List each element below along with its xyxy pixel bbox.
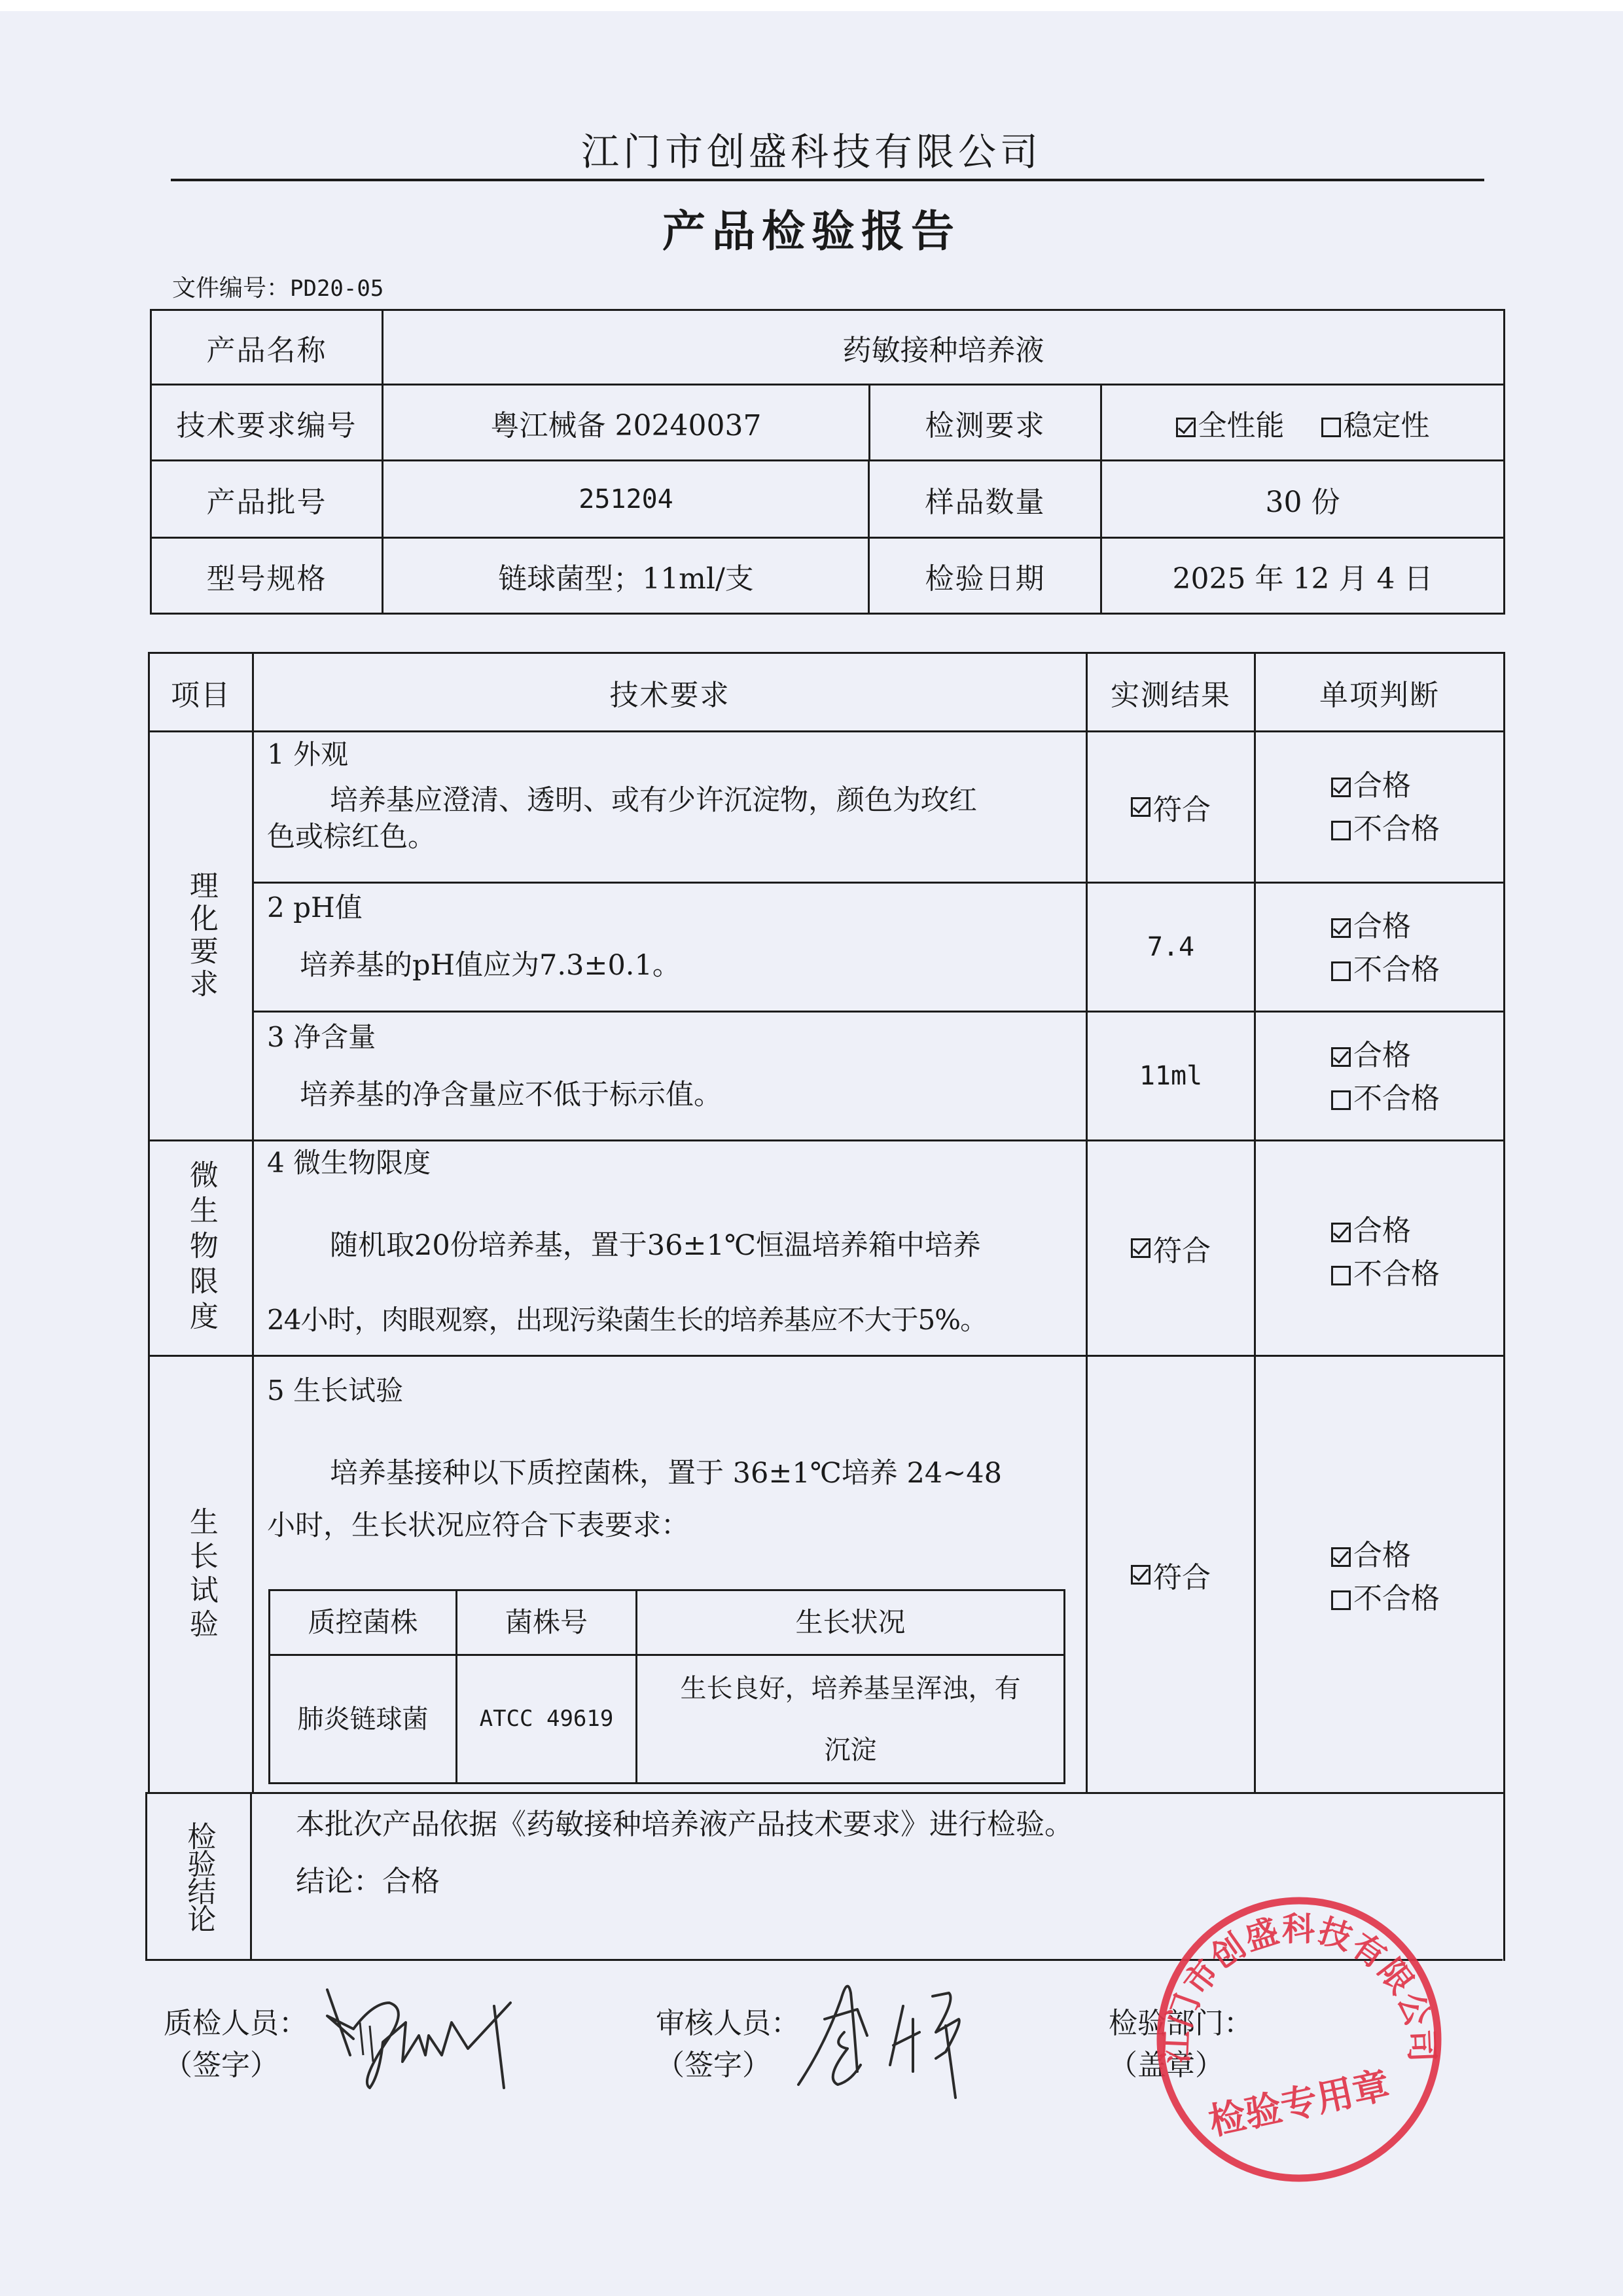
pass-label: 合格: [1353, 1214, 1411, 1247]
col-line: [252, 652, 254, 1794]
pass-option[interactable]: 合格: [1331, 1034, 1440, 1077]
checked-box-icon[interactable]: [1331, 1047, 1351, 1067]
fail-option[interactable]: 不合格: [1331, 948, 1440, 992]
test-date-label: 检验日期: [870, 539, 1100, 613]
judgement-microbial: 合格 不合格: [1331, 1210, 1440, 1296]
pass-option[interactable]: 合格: [1331, 1210, 1440, 1253]
model-value: 链球菌型；11ml/支: [383, 539, 868, 613]
group-label-microbial: 微生物限度: [150, 1141, 252, 1355]
requirement-title: 5 生长试验: [267, 1374, 1085, 1407]
file-number: 文件编号：PD20-05: [172, 270, 383, 303]
reviewer-signature-field: 审核人员： （签字）: [656, 2003, 800, 2087]
result-net-content: 11ml: [1088, 1013, 1254, 1139]
pass-option[interactable]: 合格: [1331, 1534, 1440, 1577]
header-row-line: [149, 730, 1505, 732]
product-name-label: 产品名称: [152, 311, 382, 384]
report-title: 产品检验报告: [0, 196, 1623, 259]
requirement-title: 1 外观: [267, 738, 1079, 771]
growth-text: 沉淀: [825, 1719, 877, 1781]
scan-top-margin: [0, 0, 1623, 11]
test-req-label: 检测要求: [870, 386, 1100, 459]
result-growth: 符合: [1088, 1357, 1254, 1792]
pass-label: 合格: [1353, 910, 1411, 943]
option-stability[interactable]: 稳定性: [1321, 402, 1430, 444]
col-line: [1254, 652, 1256, 1794]
stamp-ring-text: 江门市创盛科技有限公司: [1157, 1910, 1441, 2064]
checked-box-icon[interactable]: [1331, 1223, 1351, 1242]
fail-label: 不合格: [1353, 953, 1440, 986]
group-label-physchem: 理化要求: [150, 732, 252, 1139]
unchecked-box-icon[interactable]: [1331, 1590, 1351, 1610]
requirement-net-content: 3 净含量 培养基的净含量应不低于标示值。: [267, 1021, 1079, 1113]
group-label-conclusion: 检验结论: [147, 1794, 250, 1959]
requirement-growth: 5 生长试验 培养基接种以下质控菌株，置于 36±1℃培养 24~48 小时，生…: [267, 1374, 1085, 1543]
requirement-ph: 2 pH值 培养基的pH值应为7.3±0.1。: [267, 891, 1079, 983]
group-label-text: 检验结论: [178, 1821, 220, 1931]
strain-header-number: 菌株号: [457, 1591, 635, 1654]
checked-box-icon[interactable]: [1331, 778, 1351, 797]
requirement-text: 色或棕红色。: [267, 821, 1079, 855]
pass-label: 合格: [1353, 1539, 1411, 1572]
requirement-text: 培养基的净含量应不低于标示值。: [267, 1079, 1079, 1113]
test-req-options: 全性能 稳定性: [1102, 386, 1503, 459]
test-date-value: 2025 年 12 月 4 日: [1102, 539, 1503, 613]
fail-option[interactable]: 不合格: [1331, 1253, 1440, 1296]
inspector-signature-field: 质检人员： （签字）: [164, 2003, 308, 2087]
group-line: [149, 1355, 1505, 1357]
requirement-text: 培养基的pH值应为7.3±0.1。: [267, 949, 1079, 983]
judgement-growth: 合格 不合格: [1331, 1534, 1440, 1621]
strain-header-growth: 生长状况: [637, 1591, 1063, 1654]
requirement-appearance: 1 外观 培养基应澄清、透明、或有少许沉淀物，颜色为玫红 色或棕红色。: [267, 738, 1079, 855]
inspector-label: 质检人员：: [164, 2003, 308, 2045]
fail-option[interactable]: 不合格: [1331, 808, 1440, 851]
fail-label: 不合格: [1353, 1082, 1440, 1115]
info-table-border-bottom: [151, 613, 1505, 615]
file-number-label: 文件编号：: [172, 275, 290, 302]
header-judgement: 单项判断: [1256, 654, 1503, 730]
strain-table-border-bottom: [268, 1782, 1065, 1784]
result-text: 符合: [1153, 1554, 1211, 1596]
sample-qty-value: 30 份: [1102, 461, 1503, 537]
checked-box-icon[interactable]: [1331, 918, 1351, 938]
strain-header-strain: 质控菌株: [270, 1591, 455, 1654]
svg-text:江门市创盛科技有限公司: 江门市创盛科技有限公司: [1157, 1910, 1441, 2064]
checked-box-icon[interactable]: [1331, 1547, 1351, 1567]
requirement-text: 培养基接种以下质控菌株，置于 36±1℃培养 24~48: [267, 1457, 1085, 1491]
fail-label: 不合格: [1353, 1582, 1440, 1615]
model-label: 型号规格: [152, 539, 382, 613]
judgement-appearance: 合格 不合格: [1331, 764, 1440, 851]
strain-number: ATCC 49619: [457, 1656, 635, 1782]
requirement-text: 24小时，肉眼观察，出现污染菌生长的培养基应不大于5%。: [267, 1304, 1085, 1336]
header-divider: [171, 179, 1484, 181]
conclusion-basis: 本批次产品依据《药敏接种培养液产品技术要求》进行检验。: [296, 1808, 1474, 1842]
company-name: 江门市创盛科技有限公司: [0, 121, 1623, 176]
pass-label: 合格: [1353, 769, 1411, 802]
requirement-text: 培养基应澄清、透明、或有少许沉淀物，颜色为玫红: [267, 784, 1079, 818]
reviewer-label: 审核人员：: [656, 2003, 800, 2045]
batch-value: 251204: [383, 461, 868, 537]
batch-label: 产品批号: [152, 461, 382, 537]
stamp-center-text: 检验专用章: [1205, 2064, 1393, 2144]
conclusion: 本批次产品依据《药敏接种培养液产品技术要求》进行检验。 结论：合格: [296, 1808, 1474, 1899]
result-text: 符合: [1153, 786, 1211, 828]
pass-option[interactable]: 合格: [1331, 905, 1440, 948]
row-line: [253, 1011, 1505, 1013]
inspection-stamp-icon: 江门市创盛科技有限公司 检验专用章: [1153, 1893, 1445, 2185]
col-line: [250, 1792, 252, 1961]
requirement-microbial: 4 微生物限度 随机取20份培养基，置于36±1℃恒温培养箱中培养 24小时，肉…: [267, 1147, 1085, 1336]
judgement-net-content: 合格 不合格: [1331, 1034, 1440, 1121]
reviewer-signature-icon: [785, 1973, 1021, 2104]
strain-name: 肺炎链球菌: [270, 1656, 455, 1782]
result-microbial: 符合: [1088, 1141, 1254, 1355]
result-ph: 7.4: [1088, 884, 1254, 1011]
unchecked-box-icon[interactable]: [1331, 1090, 1351, 1110]
requirement-text: 随机取20份培养基，置于36±1℃恒温培养箱中培养: [267, 1229, 1085, 1263]
group-label-text: 理化要求: [180, 870, 222, 1001]
growth-text: 生长良好，培养基呈浑浊，有: [681, 1658, 1021, 1719]
pass-label: 合格: [1353, 1039, 1411, 1072]
checked-box-icon[interactable]: [1176, 418, 1196, 437]
reviewer-sub: （签字）: [656, 2045, 800, 2087]
option-label: 全性能: [1198, 409, 1285, 442]
group-label-text: 微生物限度: [180, 1160, 222, 1336]
checked-box-icon[interactable]: [1131, 1238, 1150, 1258]
file-number-value: PD20-05: [290, 276, 383, 302]
unchecked-box-icon[interactable]: [1331, 1266, 1351, 1285]
requirement-text: 小时，生长状况应符合下表要求：: [267, 1509, 1085, 1543]
group-line: [145, 1792, 1505, 1794]
checked-box-icon[interactable]: [1131, 797, 1150, 817]
judgement-ph: 合格 不合格: [1331, 905, 1440, 992]
header-item: 项目: [150, 654, 252, 730]
header-result: 实测结果: [1088, 654, 1254, 730]
product-name-value: 药敏接种培养液: [383, 311, 1503, 384]
fail-option[interactable]: 不合格: [1331, 1077, 1440, 1121]
table-border-right: [1503, 652, 1505, 1961]
fail-label: 不合格: [1353, 812, 1440, 846]
strain-growth: 生长良好，培养基呈浑浊，有 沉淀: [637, 1656, 1063, 1782]
group-line: [149, 1139, 1505, 1141]
requirement-title: 3 净含量: [267, 1021, 1079, 1054]
result-text: 符合: [1153, 1227, 1211, 1269]
result-appearance: 符合: [1088, 732, 1254, 882]
sample-qty-label: 样品数量: [870, 461, 1100, 537]
checked-box-icon[interactable]: [1131, 1565, 1150, 1585]
strain-table-border-right: [1063, 1589, 1065, 1784]
group-label-text: 生长试验: [180, 1507, 222, 1643]
header-tech-req: 技术要求: [254, 654, 1086, 730]
requirement-title: 4 微生物限度: [267, 1147, 1085, 1179]
inspector-signature-icon: [314, 1983, 524, 2098]
option-full-performance[interactable]: 全性能: [1176, 402, 1285, 444]
group-label-growth: 生长试验: [150, 1357, 252, 1792]
inspector-sub: （签字）: [164, 2045, 308, 2087]
fail-label: 不合格: [1353, 1257, 1440, 1291]
pass-option[interactable]: 合格: [1331, 764, 1440, 808]
requirement-title: 2 pH值: [267, 891, 1079, 924]
option-label: 稳定性: [1344, 409, 1430, 442]
tech-req-no-label: 技术要求编号: [152, 386, 382, 459]
info-table-border-right: [1503, 309, 1505, 615]
unchecked-box-icon[interactable]: [1331, 821, 1351, 840]
unchecked-box-icon[interactable]: [1321, 418, 1341, 437]
fail-option[interactable]: 不合格: [1331, 1577, 1440, 1621]
tech-req-no-value: 粤江械备 20240037: [383, 386, 868, 459]
row-line: [253, 882, 1505, 884]
unchecked-box-icon[interactable]: [1331, 961, 1351, 981]
